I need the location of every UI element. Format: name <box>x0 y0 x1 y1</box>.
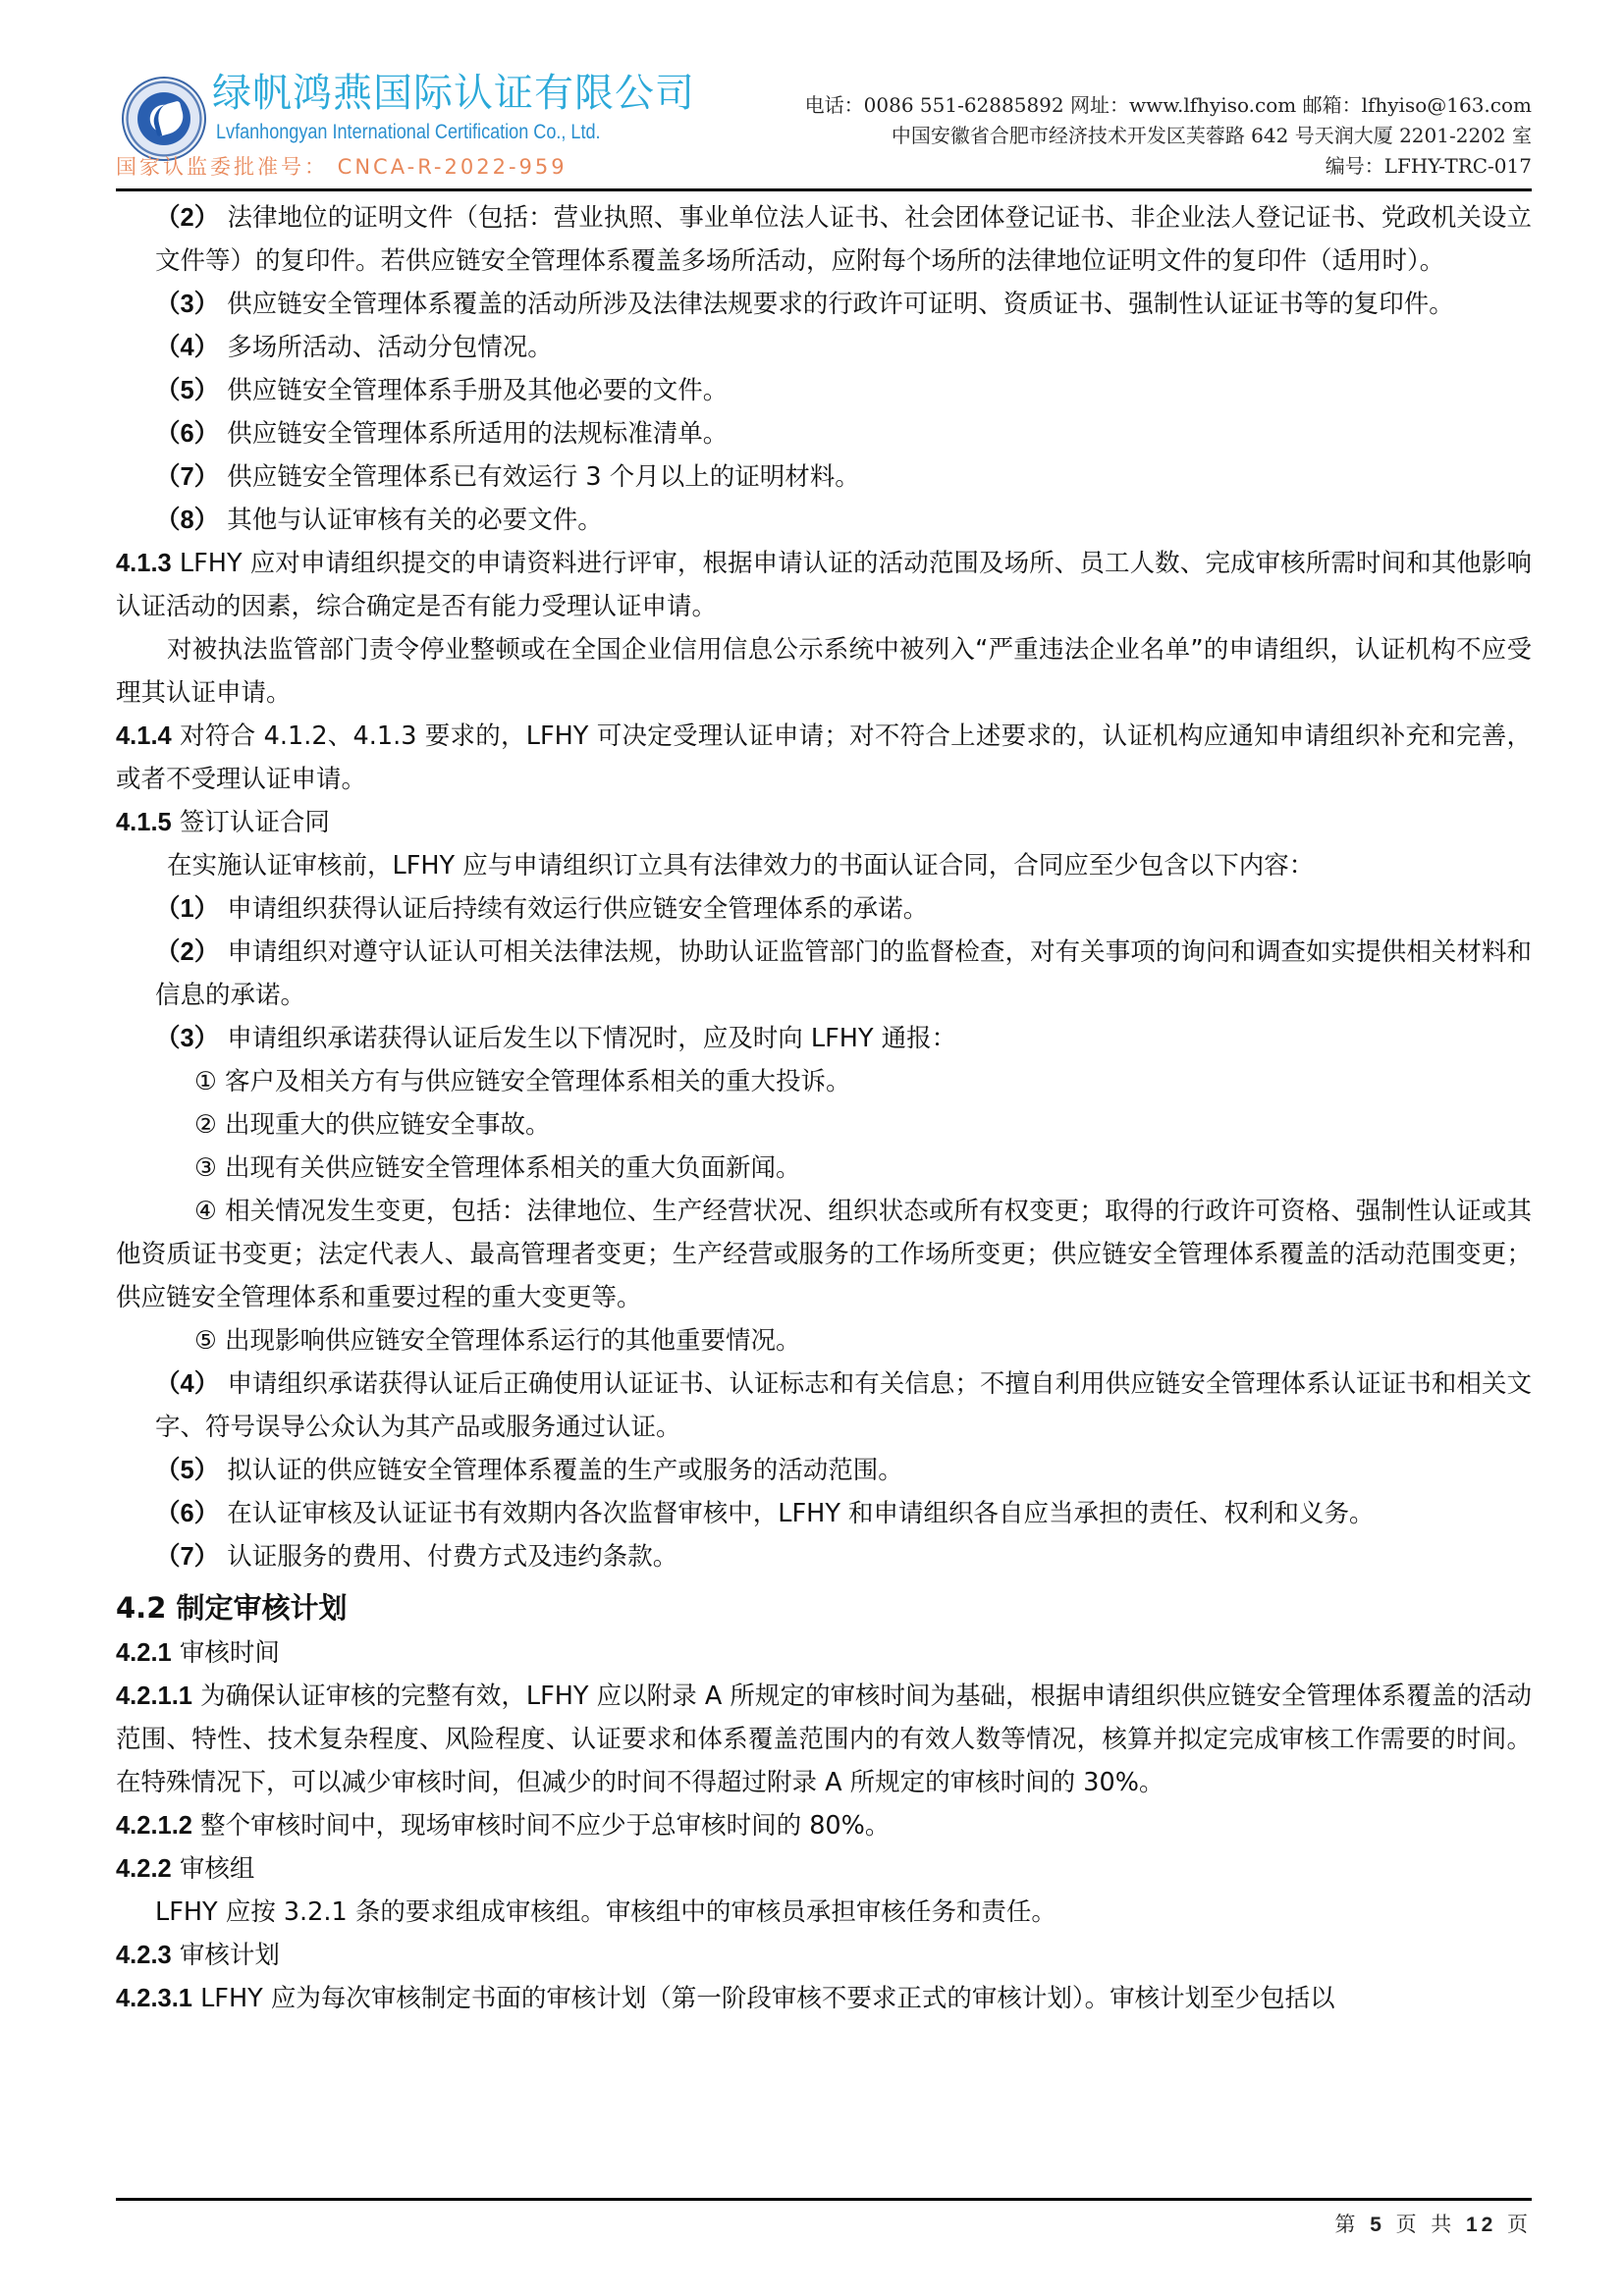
list-item: （1） 申请组织获得认证后持续有效运行供应链安全管理体系的承诺。 <box>116 887 1532 931</box>
section-4-2-heading: 4.2 制定审核计划 <box>116 1584 1532 1631</box>
list-item: （6） 供应链安全管理体系所适用的法规标准清单。 <box>116 412 1532 455</box>
company-seal-logo-icon <box>122 77 206 161</box>
page-header: 绿帆鸿燕国际认证有限公司 Lvfanhongyan International … <box>116 69 1532 188</box>
list-item: （4） 申请组织承诺获得认证后正确使用认证证书、认证标志和有关信息；不擅自利用供… <box>116 1362 1532 1449</box>
total-pages: 12 <box>1466 2214 1496 2236</box>
list-item: （2） 申请组织对遵守认证认可相关法律法规，协助认证监管部门的监督检查，对有关事… <box>116 931 1532 1017</box>
section-4-2-1-heading: 4.2.1 审核时间 <box>116 1631 1532 1675</box>
document-body: （2） 法律地位的证明文件（包括：营业执照、事业单位法人证书、社会团体登记证书、… <box>116 196 1532 2020</box>
section-4-2-3-1: 4.2.3.1 LFHY 应为每次审核制定书面的审核计划（第一阶段审核不要求正式… <box>116 1977 1532 2020</box>
sub-list-item: ③ 出现有关供应链安全管理体系相关的重大负面新闻。 <box>116 1147 1532 1190</box>
header-contact-block: 电话：0086 551-62885892 网址：www.lfhyiso.com … <box>805 90 1532 182</box>
list-item: （8） 其他与认证审核有关的必要文件。 <box>116 499 1532 542</box>
paragraph: 对被执法监管部门责令停业整顿或在全国企业信用信息公示系统中被列入“严重违法企业名… <box>116 628 1532 715</box>
sub-list-item: ② 出现重大的供应链安全事故。 <box>116 1103 1532 1147</box>
approval-number: 国家认监委批准号： CNCA-R-2022-959 <box>116 153 568 181</box>
list-item: （3） 申请组织承诺获得认证后发生以下情况时，应及时向 LFHY 通报： <box>116 1017 1532 1060</box>
sub-list-item: ⑤ 出现影响供应链安全管理体系运行的其他重要情况。 <box>116 1319 1532 1362</box>
section-4-2-3-heading: 4.2.3 审核计划 <box>116 1934 1532 1977</box>
contact-line: 电话：0086 551-62885892 网址：www.lfhyiso.com … <box>805 90 1532 121</box>
list-item: （5） 拟认证的供应链安全管理体系覆盖的生产或服务的活动范围。 <box>116 1449 1532 1492</box>
doc-number: 编号：LFHY-TRC-017 <box>805 151 1532 182</box>
section-4-2-2-heading: 4.2.2 审核组 <box>116 1847 1532 1891</box>
list-item: （4） 多场所活动、活动分包情况。 <box>116 326 1532 369</box>
list-item: （2） 法律地位的证明文件（包括：营业执照、事业单位法人证书、社会团体登记证书、… <box>116 196 1532 283</box>
list-item: （3） 供应链安全管理体系覆盖的活动所涉及法律法规要求的行政许可证明、资质证书、… <box>116 283 1532 326</box>
paragraph: LFHY 应按 3.2.1 条的要求组成审核组。审核组中的审核员承担审核任务和责… <box>116 1891 1532 1934</box>
footer-divider <box>116 2198 1532 2201</box>
list-item: （7） 供应链安全管理体系已有效运行 3 个月以上的证明材料。 <box>116 455 1532 499</box>
company-name-en: Lvfanhongyan International Certification… <box>216 120 601 145</box>
document-page: 绿帆鸿燕国际认证有限公司 Lvfanhongyan International … <box>0 0 1624 2296</box>
current-page: 5 <box>1370 2214 1385 2236</box>
header-divider <box>116 188 1532 191</box>
address-line: 中国安徽省合肥市经济技术开发区芙蓉路 642 号天润大厦 2201-2202 室 <box>805 121 1532 151</box>
company-name-cn: 绿帆鸿燕国际认证有限公司 <box>212 71 695 116</box>
section-4-2-1-1: 4.2.1.1 为确保认证审核的完整有效，LFHY 应以附录 A 所规定的审核时… <box>116 1675 1532 1804</box>
sub-list-item: ① 客户及相关方有与供应链安全管理体系相关的重大投诉。 <box>116 1060 1532 1103</box>
page-number: 第 5 页 共 12 页 <box>1335 2209 1532 2241</box>
list-item: （6） 在认证审核及认证证书有效期内各次监督审核中，LFHY 和申请组织各自应当… <box>116 1492 1532 1535</box>
section-4-2-1-2: 4.2.1.2 整个审核时间中，现场审核时间不应少于总审核时间的 80%。 <box>116 1804 1532 1847</box>
section-4-1-5-heading: 4.1.5 签订认证合同 <box>116 801 1532 844</box>
list-item: （7） 认证服务的费用、付费方式及违约条款。 <box>116 1535 1532 1578</box>
paragraph: 在实施认证审核前，LFHY 应与申请组织订立具有法律效力的书面认证合同，合同应至… <box>116 844 1532 887</box>
section-4-1-3: 4.1.3 LFHY 应对申请组织提交的申请资料进行评审，根据申请认证的活动范围… <box>116 542 1532 628</box>
list-item: （5） 供应链安全管理体系手册及其他必要的文件。 <box>116 369 1532 412</box>
section-4-1-4: 4.1.4 对符合 4.1.2、4.1.3 要求的，LFHY 可决定受理认证申请… <box>116 715 1532 801</box>
sub-list-item: ④ 相关情况发生变更，包括：法律地位、生产经营状况、组织状态或所有权变更；取得的… <box>116 1190 1532 1319</box>
